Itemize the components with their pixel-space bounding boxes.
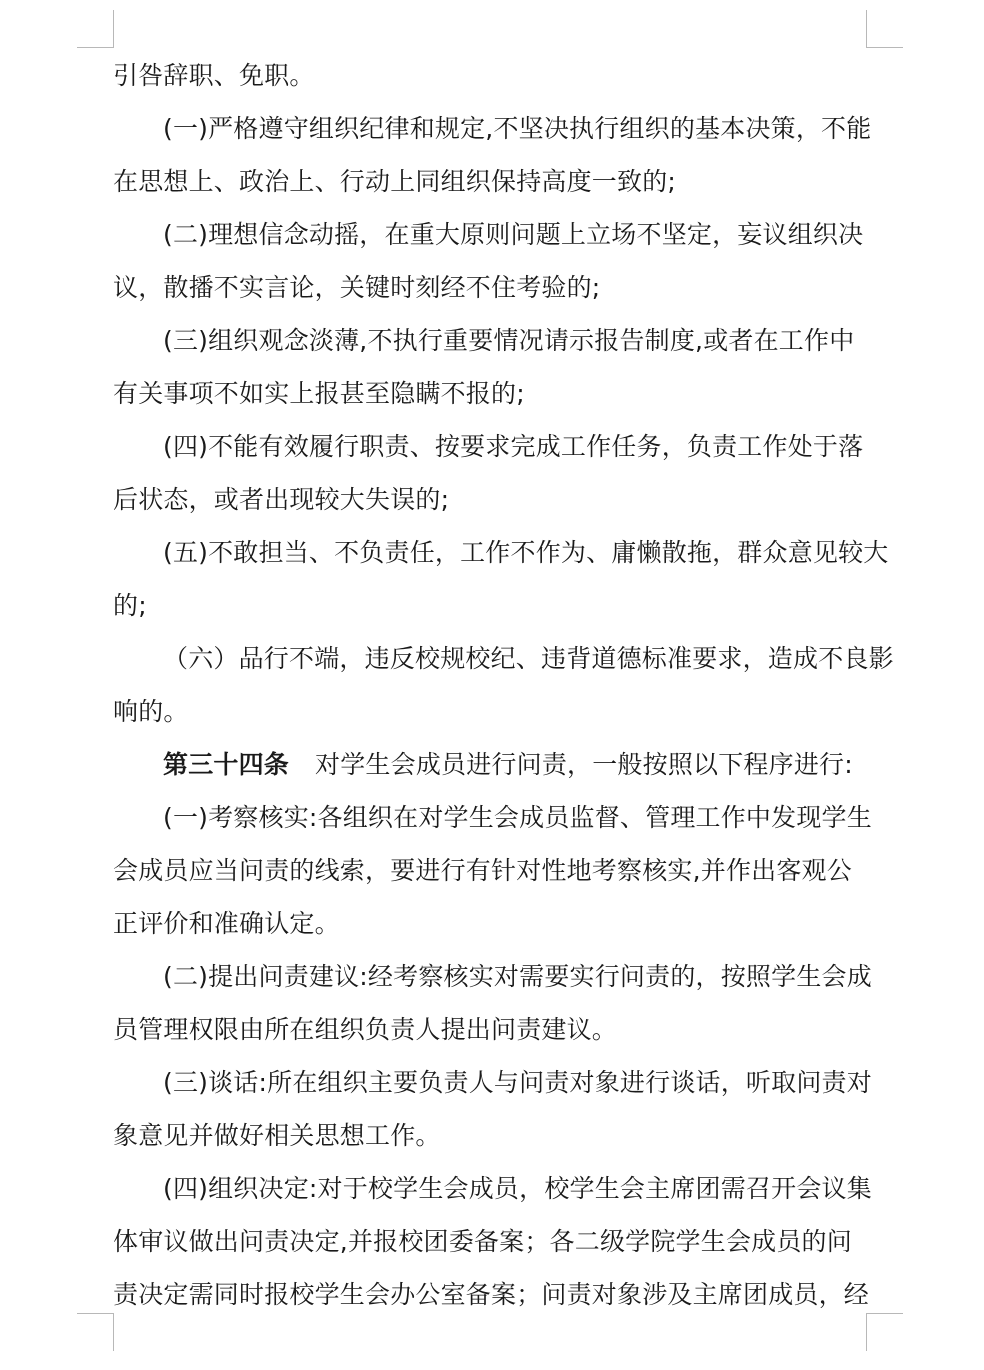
article-text: 对学生会成员进行问责，一般按照以下程序进行: bbox=[315, 750, 853, 779]
text-line: (四)不能有效履行职责、按要求完成工作任务，负责工作处于落 bbox=[163, 421, 863, 473]
article-heading-line: 第三十四条对学生会成员进行问责，一般按照以下程序进行: bbox=[163, 739, 853, 791]
text-line: (二)提出问责建议:经考察核实对需要实行问责的，按照学生会成 bbox=[163, 951, 872, 1003]
text-line: 正评价和准确认定。 bbox=[113, 898, 340, 950]
text-line: 引咎辞职、免职。 bbox=[113, 50, 315, 102]
page-corner-mark-bottom-left bbox=[77, 1313, 114, 1351]
text-line: 责决定需同时报校学生会办公室备案；问责对象涉及主席团成员，经 bbox=[113, 1269, 869, 1321]
text-line: 会成员应当问责的线索，要进行有针对性地考察核实,并作出客观公 bbox=[113, 845, 852, 897]
text-line: 体审议做出问责决定,并报校团委备案；各二级学院学生会成员的问 bbox=[113, 1216, 852, 1268]
text-line: 的; bbox=[113, 580, 147, 632]
text-line: 员管理权限由所在组织负责人提出问责建议。 bbox=[113, 1004, 617, 1056]
text-line: 后状态，或者出现较大失误的; bbox=[113, 474, 449, 526]
text-line: (一)考察核实:各组织在对学生会成员监督、管理工作中发现学生 bbox=[163, 792, 872, 844]
text-line: (二)理想信念动摇，在重大原则问题上立场不坚定，妄议组织决 bbox=[163, 209, 863, 261]
text-line: (五)不敢担当、不负责任，工作不作为、庸懒散拖，群众意见较大 bbox=[163, 527, 889, 579]
article-number: 第三十四条 bbox=[163, 750, 289, 779]
page-corner-mark-bottom-right bbox=[866, 1313, 903, 1351]
text-line: 议，散播不实言论，关键时刻经不住考验的; bbox=[113, 262, 600, 314]
text-line: (三)组织观念淡薄,不执行重要情况请示报告制度,或者在工作中 bbox=[163, 315, 854, 367]
text-line: 象意见并做好相关思想工作。 bbox=[113, 1110, 441, 1162]
page-corner-mark-top-left bbox=[77, 10, 114, 48]
text-line: 有关事项不如实上报甚至隐瞒不报的; bbox=[113, 368, 525, 420]
text-line: (四)组织决定:对于校学生会成员，校学生会主席团需召开会议集 bbox=[163, 1163, 872, 1215]
text-line: (三)谈话:所在组织主要负责人与问责对象进行谈话，听取问责对 bbox=[163, 1057, 872, 1109]
text-line: （六）品行不端，违反校规校纪、违背道德标准要求，造成不良影 bbox=[163, 633, 894, 685]
page-corner-mark-top-right bbox=[866, 10, 903, 48]
text-line: 响的。 bbox=[113, 686, 189, 738]
text-line: (一)严格遵守组织纪律和规定,不坚决执行组织的基本决策，不能 bbox=[163, 103, 871, 155]
text-line: 在思想上、政治上、行动上同组织保持高度一致的; bbox=[113, 156, 676, 208]
